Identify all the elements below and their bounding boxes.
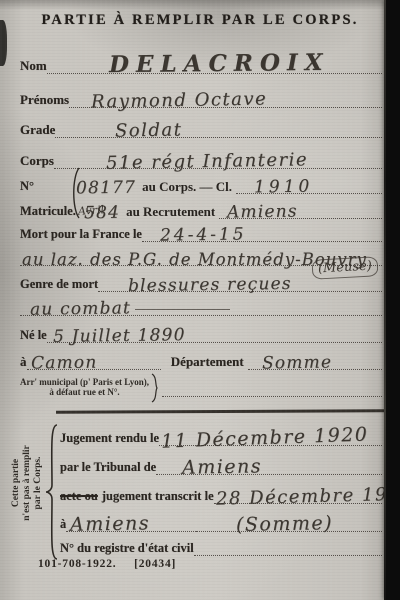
field-nom: Nom DELACROIX [20, 44, 382, 74]
page-title: PARTIE À REMPLIR PAR LE CORPS. [40, 12, 360, 29]
dotted-line: 1910 [236, 179, 382, 194]
mort-lieu-dept: (Meuse) [312, 256, 379, 279]
dotted-line: Amiens [156, 458, 382, 475]
numero-label: N° [20, 179, 76, 194]
dotted-line [162, 378, 382, 397]
field-ne-le: Né le 5 Juillet 1890 [20, 317, 382, 343]
departement-label: Département [171, 354, 244, 370]
field-transcrit: acte ou jugement transcrit le 28 Décembr… [60, 476, 382, 504]
dotted-line: au combat [20, 301, 382, 316]
dotted-line: (Somme) [196, 515, 382, 532]
nom-label: Nom [20, 58, 47, 74]
dotted-line: Camon [27, 355, 161, 370]
tribunal-value: Amiens [182, 457, 262, 477]
prenoms-label: Prénoms [20, 92, 69, 108]
grade-value: Soldat [115, 121, 183, 140]
dotted-line: Avril 24-4-15 [142, 227, 382, 242]
field-tribunal: par le Tribunal de Amiens [60, 447, 382, 475]
dotted-line: Amiens [66, 515, 196, 532]
field-prenoms: Prénoms Raymond Octave [20, 82, 382, 108]
dotted-line: 11 Décembre 1920 [159, 429, 382, 446]
grade-label: Grade [20, 122, 55, 138]
ne-label: Né le [20, 328, 47, 343]
dotted-line: 28 Décembre 1920 [214, 488, 382, 504]
genre-value-2: au combat [30, 300, 131, 318]
field-jugement-rendu: Jugement rendu le 11 Décembre 1920 [60, 418, 382, 446]
nom-value: DELACROIX [109, 51, 330, 76]
dotted-line: blessures reçues [98, 277, 382, 292]
arr-brace-icon [151, 373, 159, 408]
arr-label-line1: Arr' municipal (p' Paris et Lyon), [20, 377, 149, 388]
sidebar-note-line3: par le Corps. [33, 431, 44, 535]
scan-shadow-top [0, 0, 400, 10]
arr-label-line2: à défaut rue et N°. [20, 387, 149, 398]
dotted-line: Raymond Octave [69, 92, 382, 108]
transcrit-struck-label: acte ou [60, 489, 98, 504]
departement-value: Somme [262, 355, 332, 373]
matricule-brace-icon [70, 167, 80, 224]
naissance-a-value: Camon [30, 355, 97, 373]
field-genre-mort-2: au combat [20, 291, 382, 316]
dotted-line: 5 Juillet 1890 [47, 328, 382, 343]
record-card: PARTIE À REMPLIR PAR LE CORPS. Nom DELAC… [0, 0, 400, 600]
field-corps: Corps 51e régt Infanterie [20, 143, 382, 169]
sidebar-note-line2: n'est pas à remplir [22, 431, 33, 535]
jugement-rendu-label: Jugement rendu le [60, 431, 159, 446]
registre-label: N° du registre d'état civil [60, 541, 194, 556]
mort-date-note: Avril [78, 203, 105, 218]
dotted-line: 51e régt Infanterie [54, 153, 382, 169]
field-lieu-naissance: à Camon Département Somme [20, 344, 382, 370]
genre-label: Genre de mort [20, 277, 98, 292]
tribunal-label: par le Tribunal de [60, 460, 156, 475]
dotted-line [194, 555, 382, 556]
dotted-line: Soldat [55, 122, 382, 138]
mort-label: Mort pour la France le [20, 227, 142, 242]
field-transcrit-lieu: à Amiens (Somme) [60, 504, 382, 532]
form-reference: 101-708-1922. [20434] [38, 558, 190, 570]
dotted-line: DELACROIX [47, 52, 382, 74]
form-print-number: [20434] [134, 558, 176, 570]
field-arr-municipal: Arr' municipal (p' Paris et Lyon), à déf… [20, 372, 382, 402]
jugement-brace-icon [45, 423, 59, 566]
field-registre: N° du registre d'état civil [60, 532, 382, 556]
arr-label: Arr' municipal (p' Paris et Lyon), à déf… [20, 377, 149, 398]
section-divider [56, 409, 384, 413]
handwritten-dash [135, 309, 230, 310]
dotted-line: Somme [248, 355, 382, 370]
transcrit-label: jugement transcrit le [102, 489, 214, 504]
scan-edge-right [386, 0, 400, 600]
prenoms-value: Raymond Octave [91, 90, 268, 111]
field-grade: Grade Soldat [20, 112, 382, 138]
corps-label: Corps [20, 153, 54, 169]
scan-mark-left [0, 20, 7, 66]
sidebar-note-line1: Cette partie [11, 431, 22, 535]
